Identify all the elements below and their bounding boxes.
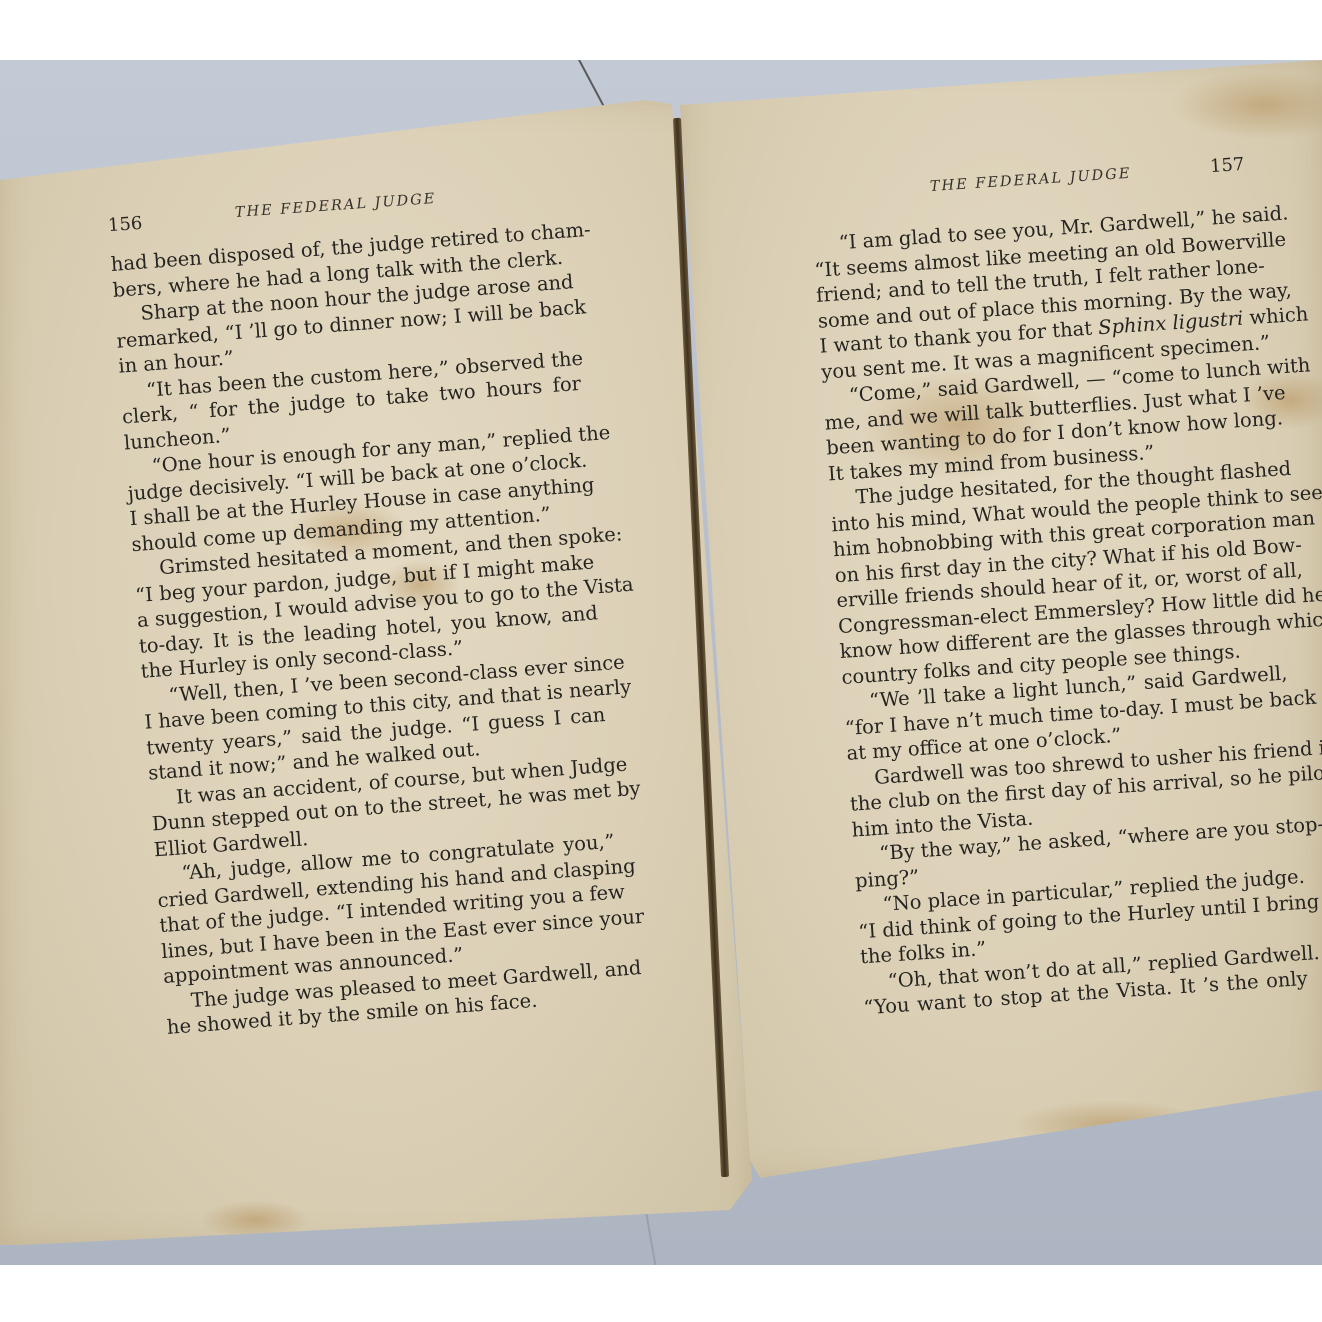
- image-border-bottom: [0, 1265, 1322, 1322]
- cloth-crease: [645, 1210, 657, 1265]
- paper-stain: [1010, 1100, 1210, 1150]
- page-number-right: 157: [1209, 154, 1245, 177]
- left-page-body: had been disposed of, the judge retired …: [110, 218, 627, 1040]
- page-number-left: 156: [107, 213, 143, 236]
- cloth-crease: [578, 60, 608, 113]
- right-page-body: “I am glad to see you, Mr. Gardwell,” he…: [812, 203, 1308, 1021]
- paper-stain: [1170, 70, 1322, 140]
- paper-stain: [200, 1200, 310, 1240]
